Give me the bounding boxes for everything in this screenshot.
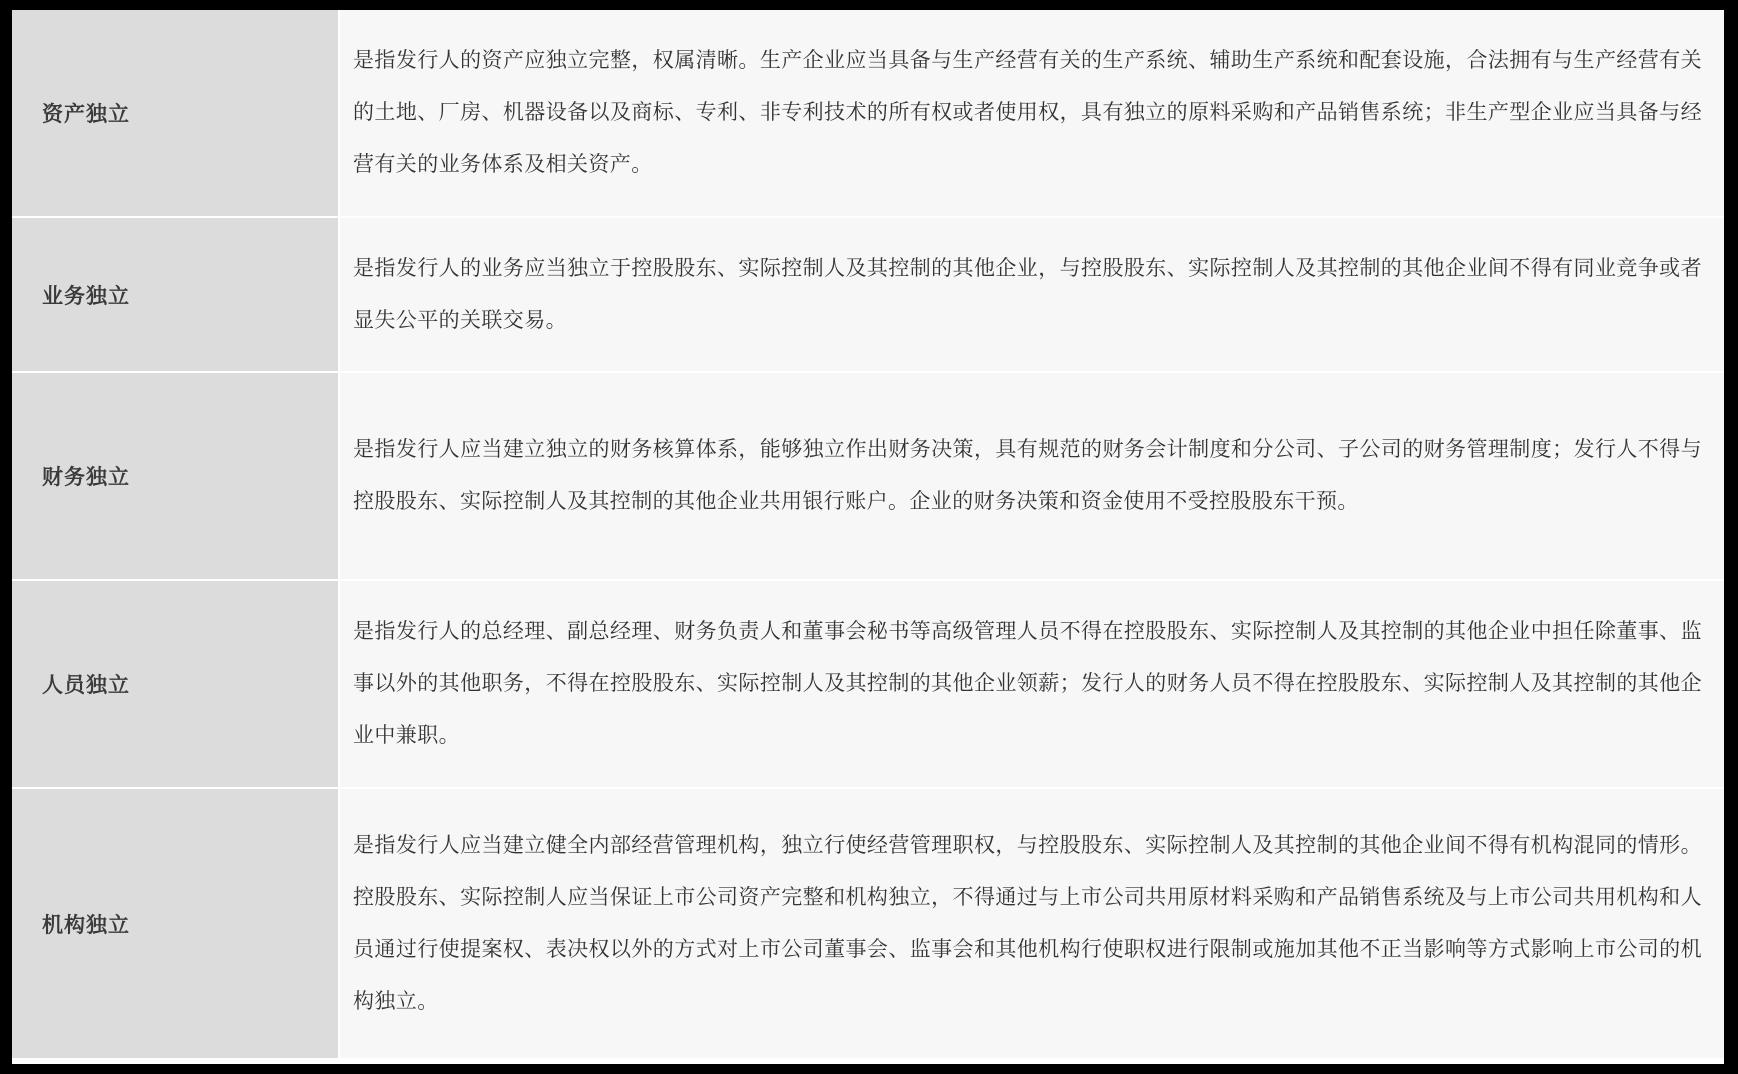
row-description-cell: 是指发行人的资产应独立完整，权属清晰。生产企业应当具备与生产经营有关的生产系统、…	[340, 10, 1724, 216]
row-description-cell: 是指发行人应当建立独立的财务核算体系，能够独立作出财务决策，具有规范的财务会计制…	[340, 373, 1724, 579]
row-description-text: 是指发行人应当建立健全内部经营管理机构，独立行使经营管理职权，与控股股东、实际控…	[353, 820, 1702, 1028]
row-header-cell-institutional-independence: 机构独立	[12, 789, 338, 1058]
row-label: 业务独立	[42, 280, 130, 310]
row-label: 资产独立	[42, 98, 130, 128]
row-header-cell-financial-independence: 财务独立	[12, 373, 338, 579]
row-description-cell: 是指发行人的总经理、副总经理、财务负责人和董事会秘书等高级管理人员不得在控股股东…	[340, 581, 1724, 787]
row-description-text: 是指发行人应当建立独立的财务核算体系，能够独立作出财务决策，具有规范的财务会计制…	[353, 424, 1702, 528]
page-background: 资产独立 是指发行人的资产应独立完整，权属清晰。生产企业应当具备与生产经营有关的…	[0, 0, 1738, 1074]
row-description-cell: 是指发行人的业务应当独立于控股股东、实际控制人及其控制的其他企业，与控股股东、实…	[340, 218, 1724, 371]
row-header-cell-asset-independence: 资产独立	[12, 10, 338, 216]
table-row: 资产独立 是指发行人的资产应独立完整，权属清晰。生产企业应当具备与生产经营有关的…	[12, 10, 1724, 216]
independence-requirements-table: 资产独立 是指发行人的资产应独立完整，权属清晰。生产企业应当具备与生产经营有关的…	[12, 10, 1724, 1064]
row-label: 财务独立	[42, 461, 130, 491]
row-label: 人员独立	[42, 669, 130, 699]
row-header-cell-personnel-independence: 人员独立	[12, 581, 338, 787]
table-row: 人员独立 是指发行人的总经理、副总经理、财务负责人和董事会秘书等高级管理人员不得…	[12, 581, 1724, 787]
row-description-text: 是指发行人的总经理、副总经理、财务负责人和董事会秘书等高级管理人员不得在控股股东…	[353, 606, 1702, 762]
row-description-text: 是指发行人的资产应独立完整，权属清晰。生产企业应当具备与生产经营有关的生产系统、…	[353, 35, 1702, 191]
table-row: 业务独立 是指发行人的业务应当独立于控股股东、实际控制人及其控制的其他企业，与控…	[12, 218, 1724, 371]
row-description-text: 是指发行人的业务应当独立于控股股东、实际控制人及其控制的其他企业，与控股股东、实…	[353, 243, 1702, 347]
row-label: 机构独立	[42, 909, 130, 939]
row-description-cell: 是指发行人应当建立健全内部经营管理机构，独立行使经营管理职权，与控股股东、实际控…	[340, 789, 1724, 1058]
row-header-cell-business-independence: 业务独立	[12, 218, 338, 371]
table-row: 机构独立 是指发行人应当建立健全内部经营管理机构，独立行使经营管理职权，与控股股…	[12, 789, 1724, 1058]
table-row: 财务独立 是指发行人应当建立独立的财务核算体系，能够独立作出财务决策，具有规范的…	[12, 373, 1724, 579]
